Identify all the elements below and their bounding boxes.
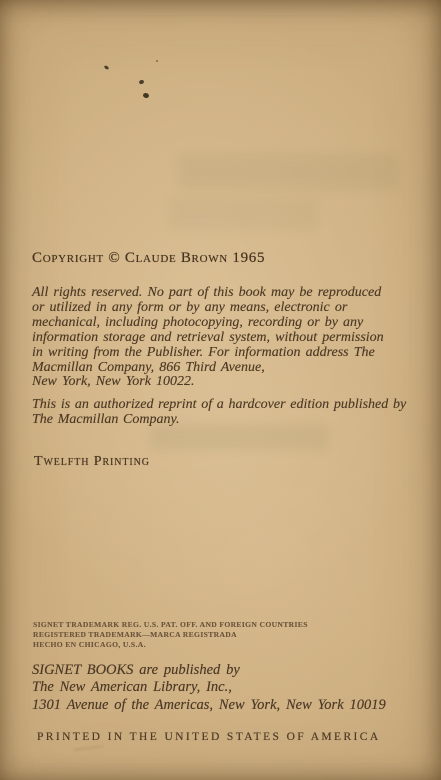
- paper-smudge: [74, 745, 104, 751]
- printed-in-usa-line: PRINTED IN THE UNITED STATES OF AMERICA: [37, 731, 381, 743]
- show-through-ghost: [168, 198, 318, 230]
- reprint-notice-paragraph: This is an authorized reprint of a hardc…: [32, 398, 436, 428]
- show-through-ghost: [150, 424, 328, 450]
- ink-speck: [142, 92, 149, 98]
- ink-speck: [138, 79, 144, 84]
- ink-speck: [156, 60, 158, 62]
- ink-speck: [104, 65, 110, 70]
- trademark-registration-block: SIGNET TRADEMARK REG. U.S. PAT. OFF. AND…: [33, 620, 308, 651]
- rights-reserved-paragraph: All rights reserved. No part of this boo…: [32, 286, 432, 390]
- show-through-ghost: [178, 154, 400, 190]
- publisher-address-block: SIGNET BOOKS are published by The New Am…: [32, 662, 436, 714]
- copyright-line: Copyright © Claude Brown 1965: [32, 250, 265, 267]
- printing-edition-line: Twelfth Printing: [34, 454, 150, 470]
- book-copyright-page: Copyright © Claude Brown 1965 All rights…: [0, 0, 441, 780]
